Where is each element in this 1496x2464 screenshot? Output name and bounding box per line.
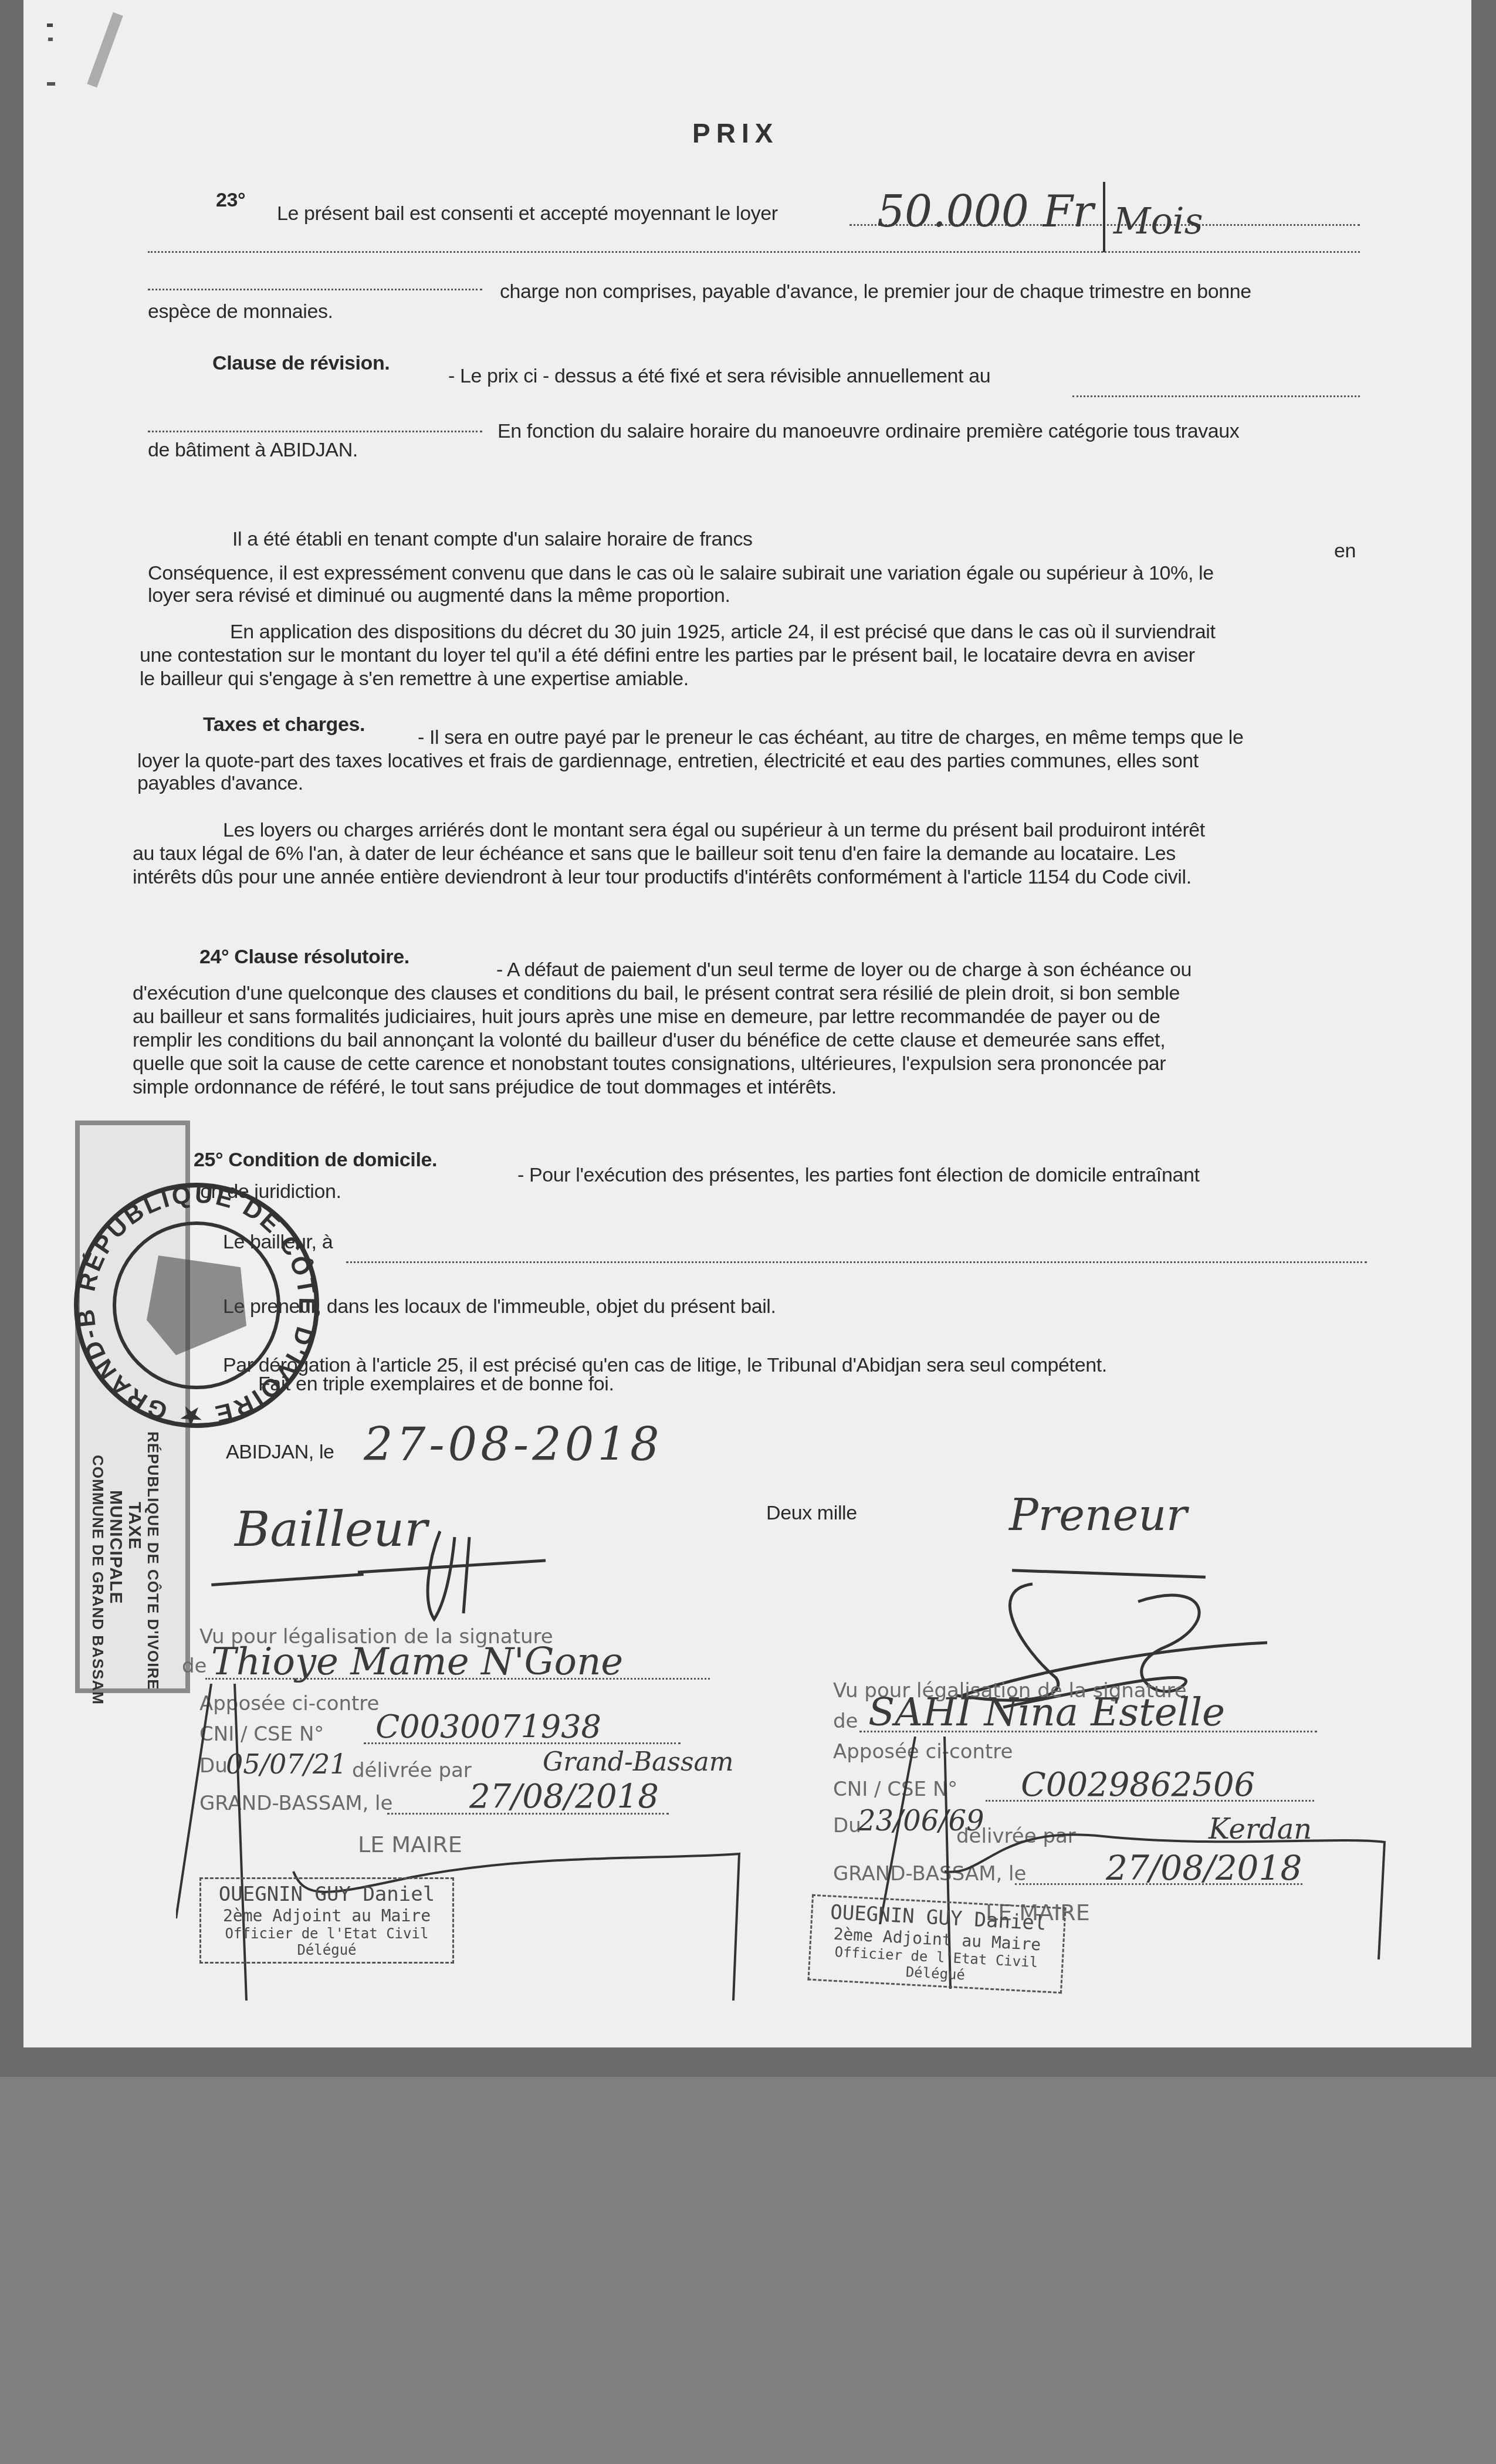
section-title: PRIX	[692, 117, 779, 149]
tax-stamp-text: MUNICIPALE	[106, 1490, 126, 1604]
official-seal: RÉPUBLIQUE DE CÔTE D'IVOIRE ★ GRAND-BASS…	[70, 1179, 323, 1431]
taxes-heading: Taxes et charges.	[203, 713, 365, 736]
handwritten-date: 27-08-2018	[364, 1419, 663, 1471]
revision-text1: - Le prix ci - dessus a été fixé et sera…	[448, 365, 990, 387]
bailleur-signature	[352, 1514, 551, 1631]
art25-heading: 25° Condition de domicile.	[194, 1149, 437, 1171]
art24-line1: - A défaut de paiement d'un seul terme d…	[496, 959, 1192, 981]
arrieres-line1: Les loyers ou charges arriérés dont le m…	[223, 819, 1205, 841]
revision-heading: Clause de révision.	[212, 352, 390, 374]
decret-line3: le bailleur qui s'engage à s'en remettre…	[140, 668, 689, 690]
fill-line	[148, 289, 482, 290]
preneur-underline	[1012, 1569, 1206, 1579]
scan-artifact	[48, 38, 53, 41]
stamp-name: OUEGNIN GUY Daniel	[209, 1883, 444, 1906]
lease-page: PRIX 23° Le présent bail est consenti et…	[23, 0, 1471, 2047]
art24-line2: d'exécution d'une quelconque des clauses…	[133, 982, 1180, 1004]
tax-stamp-text: RÉPUBLIQUE DE CÔTE D'IVOIRE	[144, 1431, 162, 1690]
salaire-line3: loyer sera révisé et diminué ou augmenté…	[148, 584, 730, 607]
fill-line	[148, 431, 482, 432]
fill-line	[1072, 395, 1360, 397]
salaire-en: en	[1334, 540, 1356, 562]
art25-line1: - Pour l'exécution des présentes, les pa…	[517, 1164, 1199, 1186]
art24-line6: simple ordonnance de référé, le tout san…	[133, 1076, 837, 1098]
decret-line2: une contestation sur le montant du loyer…	[140, 644, 1195, 666]
decret-line1: En application des dispositions du décre…	[230, 621, 1215, 643]
taxes-line2: loyer la quote-part des taxes locatives …	[137, 750, 1199, 772]
legal-left-de: de	[182, 1654, 207, 1678]
art24-line3: au bailleur et sans formalités judiciair…	[133, 1006, 1160, 1028]
deux-mille: Deux mille	[766, 1502, 857, 1524]
taxes-line1: - Il sera en outre payé par le preneur l…	[418, 726, 1243, 749]
stamp-role: 2ème Adjoint au Maire	[209, 1906, 444, 1925]
preneur-label: Preneur	[1009, 1490, 1187, 1541]
mayor-stamp-right: OUEGNIN GUY Daniel 2ème Adjoint au Maire…	[807, 1894, 1066, 1994]
bailleur-underline	[211, 1573, 364, 1586]
art24-line5: quelle que soit la cause de cette carenc…	[133, 1052, 1166, 1075]
art24-line4: remplir les conditions du bail annonçant…	[133, 1029, 1165, 1051]
legal-right-du: Du	[833, 1814, 861, 1837]
art24-heading: 24° Clause résolutoire.	[199, 946, 409, 968]
revision-text3: de bâtiment à ABIDJAN.	[148, 439, 358, 461]
legal-right-de: de	[833, 1710, 858, 1733]
arrieres-line2: au taux légal de 6% l'an, à dater de leu…	[133, 842, 1176, 865]
art23-line3: espèce de monnaies.	[148, 300, 333, 323]
revision-text2: En fonction du salaire horaire du manoeu…	[497, 420, 1239, 442]
art23-text: Le présent bail est consenti et accepté …	[277, 202, 778, 225]
article-number-23: 23°	[216, 189, 245, 211]
fill-line	[148, 251, 1360, 253]
mayor-stamp-left: OUEGNIN GUY Daniel 2ème Adjoint au Maire…	[199, 1877, 454, 1964]
tax-stamp-text: TAXE	[124, 1502, 144, 1550]
legal-left-name: Thioye Mame N'Gone	[211, 1640, 623, 1684]
salaire-line1: Il a été établi en tenant compte d'un sa…	[232, 528, 753, 550]
taxes-line3: payables d'avance.	[137, 772, 303, 794]
scan-streak	[87, 12, 123, 87]
scan-artifact	[47, 23, 53, 27]
handwritten-separator	[1103, 182, 1105, 252]
legal-right-name: SAHI Nina Estelle	[868, 1690, 1225, 1735]
arrieres-line3: intérêts dûs pour une année entière devi…	[133, 866, 1192, 888]
fill-line	[346, 1261, 1367, 1263]
tax-stamp-text: COMMUNE DE GRAND BASSAM	[89, 1455, 107, 1705]
handwritten-rent-period: Mois	[1113, 199, 1203, 242]
date-prefix: ABIDJAN, le	[226, 1441, 334, 1463]
stamp-office: Officier de l'Etat Civil Délégué	[209, 1925, 444, 1958]
handwritten-rent-amount: 50.000 Fr	[877, 187, 1094, 237]
art23-line2: charge non comprises, payable d'avance, …	[500, 280, 1251, 303]
scan-artifact	[47, 82, 55, 86]
salaire-line2: Conséquence, il est expressément convenu…	[148, 562, 1214, 584]
